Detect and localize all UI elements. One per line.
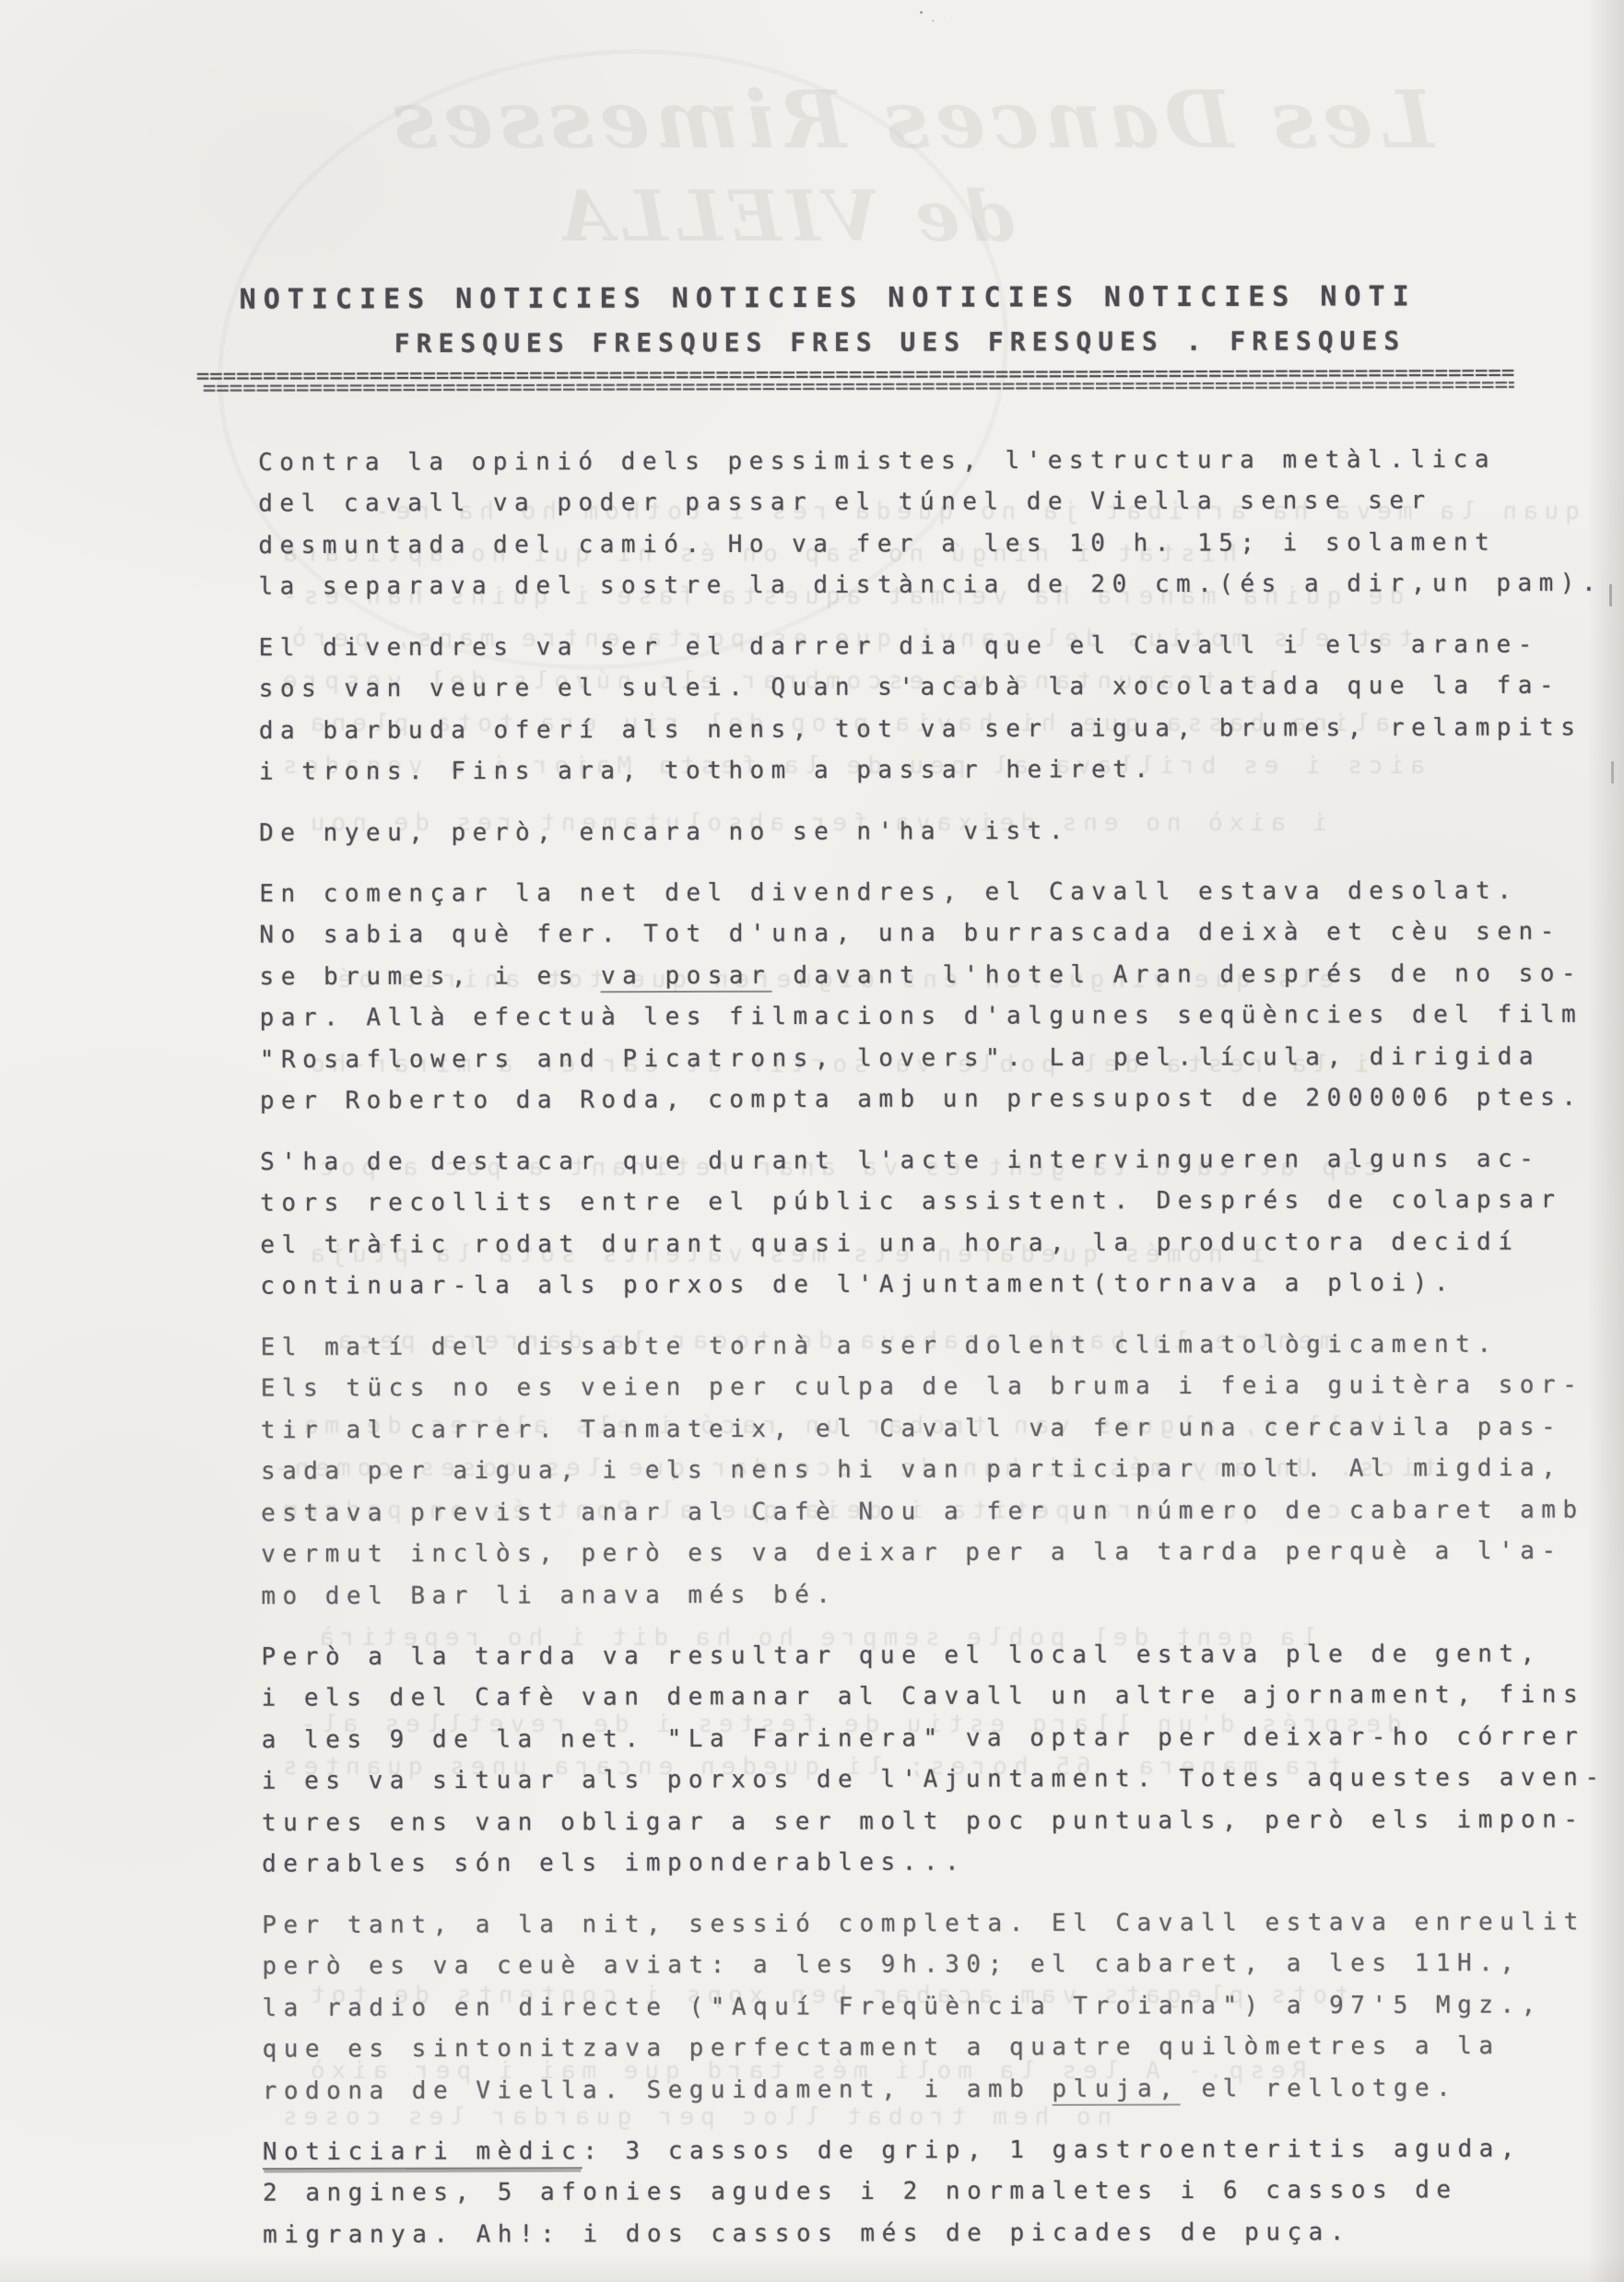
text-segment: rodona de Viella. Seguidament, i amb [263,2076,1053,2105]
text-line: que es sintonitzava perfectament a quatr… [263,2026,1608,2071]
text-line: par. Allà efectuà les filmacions d'algun… [260,994,1606,1040]
text-line: El divendres va ser el darrer dia que el… [259,624,1605,669]
text-line: la radio en directe ("Aquí Freqüència Tr… [262,1984,1607,2029]
text-line: tir al carrer. Tanmateix, el Cavall va f… [261,1406,1606,1452]
text-line: vermut inclòs, però es va deixar per a l… [261,1531,1606,1576]
paragraph: Però a la tarda va resultar que el local… [261,1633,1607,1886]
text-line: El matí del dissabte tornà a ser dolent … [261,1323,1606,1369]
masthead-rule: ========================================… [196,367,1514,394]
text-line: mo del Bar li anava més bé. [261,1572,1606,1617]
text-line: la separava del sostre la distància de 2… [258,563,1604,608]
scan-speckles [920,11,923,14]
paragraph: En començar la net del divendres, el Cav… [259,870,1606,1123]
text-line: i els del Cafè van demanar al Cavall un … [262,1675,1607,1720]
text-line: Contra la opinió dels pessimistes, l'est… [258,439,1604,484]
body-text: Contra la opinió dels pessimistes, l'est… [258,439,1608,2276]
text-line: tors recollits entre el públic assistent… [260,1180,1606,1225]
text-line: desmuntada del camió. Ho va fer a les 10… [258,522,1604,567]
text-line: el tràfic rodat durant quasi una hora, l… [260,1221,1606,1266]
paragraph: Per tant, a la nit, sessió completa. El … [262,1901,1608,2112]
text-line: a les 9 de la net. "La Farinera" va opta… [262,1716,1607,1761]
text-line: se brumes, i es va posar davant l'hotel … [259,953,1605,998]
underlined-text: Noticiari mèdic [263,2137,583,2170]
text-line: En començar la net del divendres, el Cav… [259,870,1605,915]
masthead-line-fresques: FRESQUES FRESQUES FRES UES FRESQUES . FR… [394,325,1622,359]
text-segment: davant l'hotel Aran després de no so- [771,959,1583,989]
typed-content: NOTICIES NOTICIES NOTICIES NOTICIES NOTI… [0,0,1624,2282]
text-line: sos van veure el sulei. Quan s'acabà la … [259,665,1605,711]
paragraph: De nyeu, però, encara no se n'ha vist. [259,809,1605,854]
text-line: De nyeu, però, encara no se n'ha vist. [259,809,1605,854]
text-line: Els tücs no es veien per culpa de la bru… [261,1365,1606,1410]
text-line: Noticiari mèdic: 3 cassos de grip, 1 gas… [263,2128,1608,2173]
paragraph: Contra la opinió dels pessimistes, l'est… [258,439,1604,608]
text-line: per Roberto da Roda, compta amb un press… [260,1077,1606,1123]
text-line: del cavall va poder passar el túnel de V… [258,480,1604,525]
text-line: Però a la tarda va resultar que el local… [261,1633,1606,1678]
text-line: continuar-la als porxos de l'Ajuntament(… [260,1263,1606,1308]
masthead: NOTICIES NOTICIES NOTICIES NOTICIES NOTI… [0,280,1622,395]
text-segment: se brumes, i es [259,962,601,991]
edge-marks [1609,584,1612,606]
paragraph: S'ha de destacar que durant l'acte inter… [260,1138,1606,1308]
text-line: i es va situar als porxos de l'Ajuntamen… [262,1758,1607,1803]
text-line: S'ha de destacar que durant l'acte inter… [260,1138,1606,1183]
underlined-text: pluja, [1052,2076,1180,2106]
text-line: derables són els imponderables... [262,1841,1607,1886]
masthead-rule-row: ========================================… [203,379,1514,394]
text-line: i trons. Fins ara, tothom a passar heire… [259,748,1605,794]
underlined-text: va posar [601,962,771,993]
text-segment: el rellotge. [1180,2075,1457,2103]
text-line: tures ens van obligar a ser molt poc pun… [262,1799,1607,1844]
text-line: migranya. Ah!: i dos cassos més de picad… [263,2211,1608,2256]
text-line: No sabia què fer. Tot d'una, una burrasc… [259,912,1605,957]
text-line: "Rosaflowers and Picatrons, lovers". La … [260,1036,1606,1081]
paragraph: Noticiari mèdic: 3 cassos de grip, 1 gas… [263,2128,1608,2256]
paragraph: El matí del dissabte tornà a ser dolent … [261,1323,1607,1617]
text-line: 2 angines, 5 afonies agudes i 2 normalet… [263,2170,1608,2215]
text-line: da barbuda oferí als nens, tot va ser ai… [259,707,1605,752]
text-line: Per tant, a la nit, sessió completa. El … [262,1901,1607,1947]
text-segment: : 3 cassos de grip, 1 gastroenteritis ag… [583,2135,1522,2166]
scanned-document-page: Les Dances Rimessesde VIELLA quan la mev… [0,0,1624,2282]
masthead-line-noticies: NOTICIES NOTICIES NOTICIES NOTICIES NOTI… [240,280,1622,316]
text-line: sada per aigua, i els nens hi van partic… [261,1448,1606,1493]
paragraph: El divendres va ser el darrer dia que el… [259,624,1605,794]
text-line: però es va ceuè aviat: a les 9h.30; el c… [262,1943,1607,1988]
text-line: estava previst anar al Cafè Nou a fer un… [261,1489,1606,1535]
text-line: rodona de Viella. Seguidament, i amb plu… [263,2067,1608,2112]
